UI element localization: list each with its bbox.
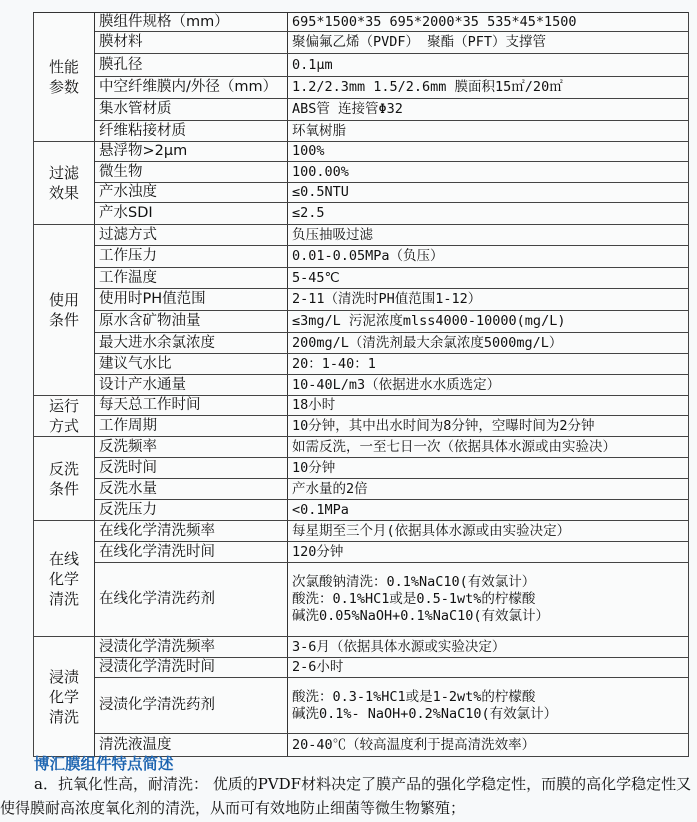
param-name: 每天总工作时间 xyxy=(95,396,288,416)
param-value: ≤3mg/L 污泥浓度mlss4000-10000(mg/L) xyxy=(288,311,689,333)
value-line: 3-6月（依据具体水源或实验决定） xyxy=(292,639,684,656)
value-line: 695*1500*35 695*2000*35 535*45*1500 xyxy=(292,14,684,31)
param-name: 纤维粘接材质 xyxy=(95,121,288,142)
table-row: 反洗水量产水量的2倍 xyxy=(34,479,689,500)
param-value: 120分钟 xyxy=(288,542,689,563)
param-value: 酸洗：0.3-1%HC1或是1-2wt%的柠檬酸碱洗0.1%- NaOH+0.2… xyxy=(288,678,689,734)
value-line: 碱洗0.1%- NaOH+0.2%NaC10(有效氯计） xyxy=(292,706,684,723)
param-value: <0.1MPa xyxy=(288,500,689,521)
param-value: 695*1500*35 695*2000*35 535*45*1500 xyxy=(288,13,689,32)
value-line: 0.01-0.05MPa（负压） xyxy=(292,248,684,265)
param-name: 中空纤维膜内/外径（mm） xyxy=(95,77,288,99)
param-value: 如需反洗，一至七日一次（依据具体水源或由实验决） xyxy=(288,437,689,458)
param-value: 次氯酸钠清洗：0.1%NaC10(有效氯计）酸洗：0.1%HC1或是0.5-1w… xyxy=(288,563,689,637)
table-row: 设计产水通量10-40L/m3（依据进水水质选定） xyxy=(34,375,689,396)
param-name: 使用时PH值范围 xyxy=(95,289,288,311)
value-line: 100.00% xyxy=(292,164,684,181)
value-line: 每星期至三个月(依据具体水源或由实验决定） xyxy=(292,523,684,540)
value-line: 负压抽吸过滤 xyxy=(292,227,684,244)
param-value: 0.1μm xyxy=(288,54,689,77)
param-value: 200mg/L（清洗剂最大余氯浓度5000mg/L） xyxy=(288,333,689,354)
table-row: 使用条件过滤方式负压抽吸过滤 xyxy=(34,225,689,246)
param-name: 浸渍化学清洗频率 xyxy=(95,637,288,658)
value-line: 如需反洗，一至七日一次（依据具体水源或由实验决） xyxy=(292,439,684,456)
param-name: 膜孔径 xyxy=(95,54,288,77)
value-line: ≤0.5NTU xyxy=(292,184,684,201)
table-row: 工作压力0.01-0.05MPa（负压） xyxy=(34,246,689,268)
table-row: 产水浊度≤0.5NTU xyxy=(34,183,689,203)
table-row: 集水管材质ABS管 连接管Φ32 xyxy=(34,99,689,121)
param-name: 过滤方式 xyxy=(95,225,288,246)
value-line: 0.1μm xyxy=(292,57,684,74)
value-line: 10分钟 xyxy=(292,460,684,477)
spec-table: 性能参数膜组件规格（mm）695*1500*35 695*2000*35 535… xyxy=(33,12,689,757)
value-line: ≤2.5 xyxy=(292,205,684,222)
param-value: 10分钟 xyxy=(288,458,689,479)
param-value: 2-11（清洗时PH值范围1-12） xyxy=(288,289,689,311)
table-row: 工作周期10分钟，其中出水时间为8分钟，空曝时间为2分钟 xyxy=(34,416,689,437)
param-value: 产水量的2倍 xyxy=(288,479,689,500)
param-name: 在线化学清洗频率 xyxy=(95,521,288,542)
value-line: 100% xyxy=(292,143,684,160)
table-row: 反洗时间10分钟 xyxy=(34,458,689,479)
section-heading: 博汇膜组件特点简述 xyxy=(34,752,174,774)
param-name: 在线化学清洗时间 xyxy=(95,542,288,563)
param-name: 膜组件规格（mm） xyxy=(95,13,288,32)
param-value: 18小时 xyxy=(288,396,689,416)
table-row: 浸渍化学清洗时间2-6小时 xyxy=(34,658,689,678)
table-row: 浸渍化学清洗浸渍化学清洗频率3-6月（依据具体水源或实验决定） xyxy=(34,637,689,658)
table-row: 产水SDI≤2.5 xyxy=(34,203,689,225)
table-row: 建议气水比20：1-40：1 xyxy=(34,354,689,375)
table-row: 反洗条件反洗频率如需反洗，一至七日一次（依据具体水源或由实验决） xyxy=(34,437,689,458)
param-value: ≤2.5 xyxy=(288,203,689,225)
value-line: 碱洗0.05%NaOH+0.1%NaC10(有效氯计） xyxy=(292,608,684,625)
value-line: 18小时 xyxy=(292,397,684,414)
value-line: <0.1MPa xyxy=(292,502,684,519)
param-value: 3-6月（依据具体水源或实验决定） xyxy=(288,637,689,658)
value-line: 1.2/2.3mm 1.5/2.6mm 膜面积15㎡/20㎡ xyxy=(292,79,684,96)
group-label: 使用条件 xyxy=(34,225,95,396)
param-value: 每星期至三个月(依据具体水源或由实验决定） xyxy=(288,521,689,542)
value-line: 次氯酸钠清洗：0.1%NaC10(有效氯计） xyxy=(292,574,684,591)
table-row: 微生物100.00% xyxy=(34,162,689,183)
param-value: ABS管 连接管Φ32 xyxy=(288,99,689,121)
table-row: 纤维粘接材质环氧树脂 xyxy=(34,121,689,142)
value-line: 5-45℃ xyxy=(292,270,684,287)
value-line: 10-40L/m3（依据进水水质选定） xyxy=(292,377,684,394)
param-name: 反洗压力 xyxy=(95,500,288,521)
param-name: 原水含矿物油量 xyxy=(95,311,288,333)
param-value: 负压抽吸过滤 xyxy=(288,225,689,246)
table-row: 膜材料聚偏氟乙烯（PVDF） 聚酯（PFT）支撑管 xyxy=(34,32,689,54)
value-line: 酸洗：0.3-1%HC1或是1-2wt%的柠檬酸 xyxy=(292,689,684,706)
param-name: 反洗频率 xyxy=(95,437,288,458)
param-value: 10分钟，其中出水时间为8分钟，空曝时间为2分钟 xyxy=(288,416,689,437)
value-line: 20：1-40：1 xyxy=(292,356,684,373)
value-line: 酸洗：0.1%HC1或是0.5-1wt%的柠檬酸 xyxy=(292,591,684,608)
param-name: 在线化学清洗药剂 xyxy=(95,563,288,637)
table-row: 在线化学清洗时间120分钟 xyxy=(34,542,689,563)
table-row: 工作温度5-45℃ xyxy=(34,268,689,289)
table-row: 反洗压力<0.1MPa xyxy=(34,500,689,521)
table-row: 膜孔径0.1μm xyxy=(34,54,689,77)
param-value: 100% xyxy=(288,142,689,162)
param-name: 集水管材质 xyxy=(95,99,288,121)
param-name: 反洗水量 xyxy=(95,479,288,500)
param-name: 最大进水余氯浓度 xyxy=(95,333,288,354)
param-name: 建议气水比 xyxy=(95,354,288,375)
param-value: 100.00% xyxy=(288,162,689,183)
value-line: 2-6小时 xyxy=(292,659,684,676)
value-line: 聚偏氟乙烯（PVDF） 聚酯（PFT）支撑管 xyxy=(292,34,684,51)
group-label: 过滤效果 xyxy=(34,142,95,225)
group-label: 在线化学清洗 xyxy=(34,521,95,637)
param-name: 膜材料 xyxy=(95,32,288,54)
value-line: 10分钟，其中出水时间为8分钟，空曝时间为2分钟 xyxy=(292,418,684,435)
param-name: 浸渍化学清洗时间 xyxy=(95,658,288,678)
param-value: 0.01-0.05MPa（负压） xyxy=(288,246,689,268)
value-line: 产水量的2倍 xyxy=(292,481,684,498)
param-value: 环氧树脂 xyxy=(288,121,689,142)
param-value: 20：1-40：1 xyxy=(288,354,689,375)
table-row: 在线化学清洗在线化学清洗频率每星期至三个月(依据具体水源或由实验决定） xyxy=(34,521,689,542)
value-line: ≤3mg/L 污泥浓度mlss4000-10000(mg/L) xyxy=(292,313,684,330)
group-label: 运行方式 xyxy=(34,396,95,437)
value-line: 120分钟 xyxy=(292,544,684,561)
value-line: 20-40℃（较高温度利于提高清洗效率） xyxy=(292,737,684,754)
param-value: 10-40L/m3（依据进水水质选定） xyxy=(288,375,689,396)
table-row: 最大进水余氯浓度200mg/L（清洗剂最大余氯浓度5000mg/L） xyxy=(34,333,689,354)
value-line: 200mg/L（清洗剂最大余氯浓度5000mg/L） xyxy=(292,335,684,352)
table-row: 过滤效果悬浮物>2μm100% xyxy=(34,142,689,162)
param-name: 工作温度 xyxy=(95,268,288,289)
value-line: 环氧树脂 xyxy=(292,123,684,140)
param-value: 1.2/2.3mm 1.5/2.6mm 膜面积15㎡/20㎡ xyxy=(288,77,689,99)
table-row: 中空纤维膜内/外径（mm）1.2/2.3mm 1.5/2.6mm 膜面积15㎡/… xyxy=(34,77,689,99)
table-row: 性能参数膜组件规格（mm）695*1500*35 695*2000*35 535… xyxy=(34,13,689,32)
table-row: 运行方式每天总工作时间18小时 xyxy=(34,396,689,416)
param-value: ≤0.5NTU xyxy=(288,183,689,203)
param-value: 5-45℃ xyxy=(288,268,689,289)
feature-paragraph: a．抗氧化性高，耐清洗： 优质的PVDF材料决定了膜产品的强化学稳定性，而膜的高… xyxy=(0,772,697,820)
param-name: 产水SDI xyxy=(95,203,288,225)
table-row: 浸渍化学清洗药剂酸洗：0.3-1%HC1或是1-2wt%的柠檬酸碱洗0.1%- … xyxy=(34,678,689,734)
param-name: 悬浮物>2μm xyxy=(95,142,288,162)
table-row: 使用时PH值范围2-11（清洗时PH值范围1-12） xyxy=(34,289,689,311)
table-row: 原水含矿物油量≤3mg/L 污泥浓度mlss4000-10000(mg/L) xyxy=(34,311,689,333)
param-name: 反洗时间 xyxy=(95,458,288,479)
value-line: ABS管 连接管Φ32 xyxy=(292,101,684,118)
group-label: 浸渍化学清洗 xyxy=(34,637,95,757)
param-name: 微生物 xyxy=(95,162,288,183)
param-name: 工作周期 xyxy=(95,416,288,437)
group-label: 性能参数 xyxy=(34,13,95,142)
param-value: 2-6小时 xyxy=(288,658,689,678)
group-label: 反洗条件 xyxy=(34,437,95,521)
param-value: 20-40℃（较高温度利于提高清洗效率） xyxy=(288,734,689,757)
param-name: 工作压力 xyxy=(95,246,288,268)
spec-table-body: 性能参数膜组件规格（mm）695*1500*35 695*2000*35 535… xyxy=(34,13,689,757)
value-line: 2-11（清洗时PH值范围1-12） xyxy=(292,291,684,308)
param-name: 设计产水通量 xyxy=(95,375,288,396)
table-row: 在线化学清洗药剂次氯酸钠清洗：0.1%NaC10(有效氯计）酸洗：0.1%HC1… xyxy=(34,563,689,637)
param-name: 产水浊度 xyxy=(95,183,288,203)
param-value: 聚偏氟乙烯（PVDF） 聚酯（PFT）支撑管 xyxy=(288,32,689,54)
param-name: 浸渍化学清洗药剂 xyxy=(95,678,288,734)
